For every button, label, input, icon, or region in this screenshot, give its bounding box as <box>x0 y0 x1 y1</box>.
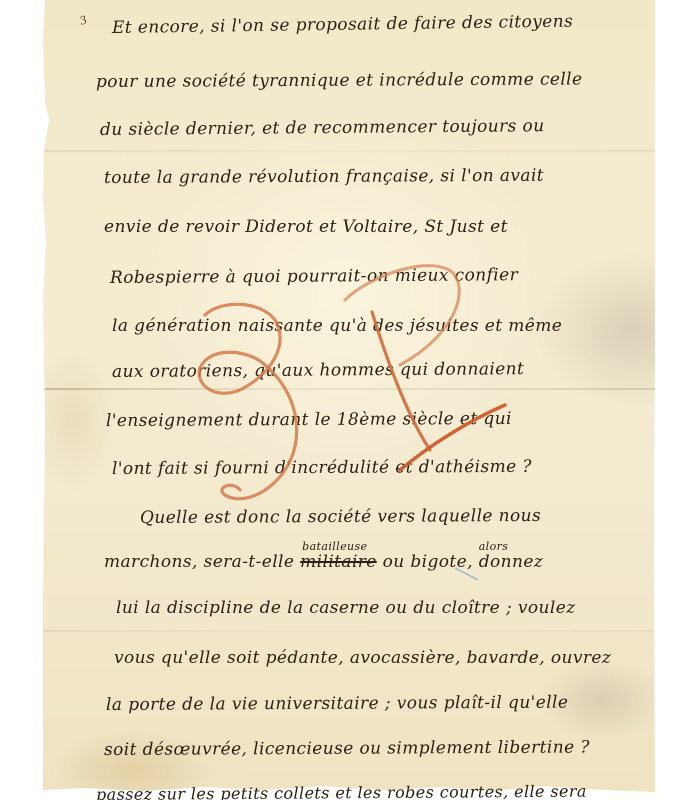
text-line: soit désœuvrée, licencieuse ou simplemen… <box>104 737 590 760</box>
text-line-with-correction: marchons, sera-t-elle batailleusemilitai… <box>104 552 543 572</box>
text-segment: marchons, sera-t-elle <box>104 552 300 572</box>
correction: alorsdonnez <box>479 552 543 572</box>
text-line: l'ont fait si fourni d'incrédulité et d'… <box>112 457 532 479</box>
text-line: l'enseignement durant le 18ème siècle et… <box>106 409 512 431</box>
text-line: Et encore, si l'on se proposait de faire… <box>112 12 573 38</box>
text-line: du siècle dernier, et de recommencer tou… <box>100 116 545 140</box>
text-line: envie de revoir Diderot et Voltaire, St … <box>104 217 508 237</box>
handwritten-text: Et encore, si l'on se proposait de faire… <box>0 0 700 800</box>
text-segment: ou bigote, <box>377 552 479 572</box>
text-line: pour une société tyrannique et incrédule… <box>96 69 583 92</box>
text-line: toute la grande révolution française, si… <box>104 166 544 188</box>
text-line: Quelle est donc la société vers laquelle… <box>140 506 541 528</box>
correction: batailleusemilitaire <box>300 552 377 572</box>
struck-word: militaire <box>300 552 377 572</box>
text-line: passez sur les petits collets et les rob… <box>96 782 587 800</box>
text-segment: donnez <box>479 552 543 572</box>
text-line: la porte de la vie universitaire ; vous … <box>106 693 568 715</box>
inserted-word: batailleuse <box>302 540 367 553</box>
inserted-word: alors <box>479 540 509 553</box>
text-line: vous qu'elle soit pédante, avocassière, … <box>114 648 611 668</box>
text-line: lui la discipline de la caserne ou du cl… <box>116 598 576 618</box>
text-line: la génération naissante qu'à des jésuite… <box>112 316 562 336</box>
text-line: Robespierre à quoi pourrait-on mieux con… <box>110 265 518 288</box>
text-line: aux oratoriens, qu'aux hommes qui donnai… <box>112 359 524 382</box>
